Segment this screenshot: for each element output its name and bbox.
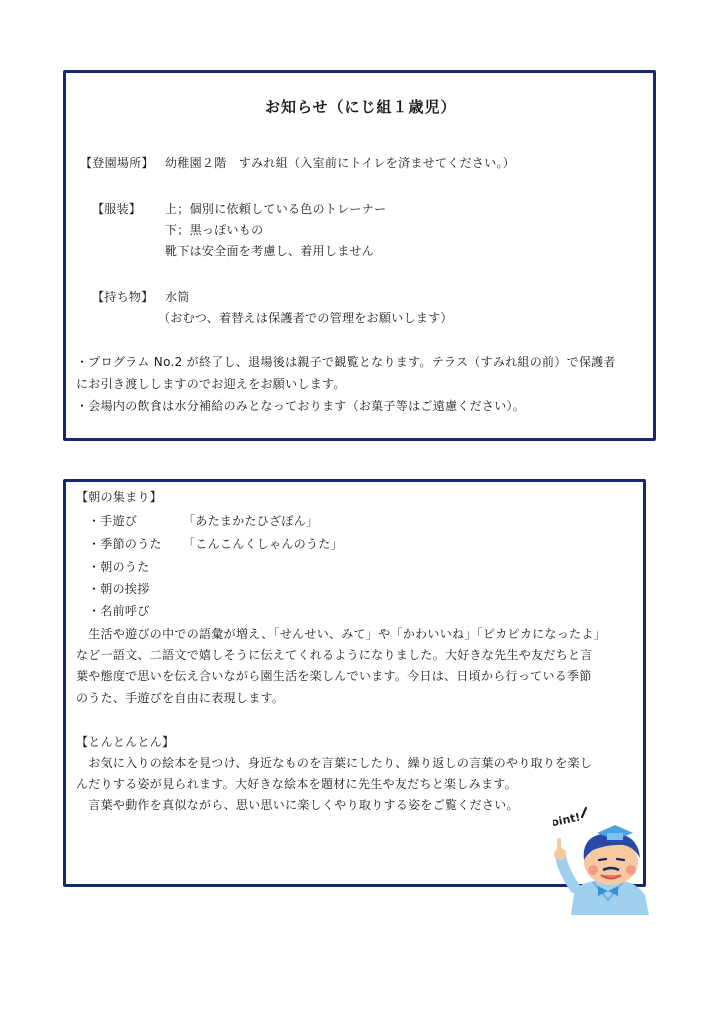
teacher-character-icon: Point! <box>553 800 663 915</box>
belongings-label: 【持ち物】 <box>92 290 154 304</box>
morning-item-label: ・朝の挨拶 <box>88 582 150 596</box>
morning-heading: 【朝の集まり】 <box>76 490 162 504</box>
teacher-point-illustration: Point! <box>553 800 663 915</box>
tonton-paragraph-line: んだりする姿が見られます。大好きな絵本を題材に先生や友だちと楽しみます。 <box>76 777 517 791</box>
morning-item-value: 「あたまかたひざぽん」 <box>183 514 318 528</box>
morning-item-label: ・朝のうた <box>88 560 150 574</box>
notice-title: お知らせ（にじ組１歳児） <box>265 100 457 114</box>
clothing-line: 下；黒っぽいもの <box>165 223 263 237</box>
place-label: 【登園場所】 <box>80 156 154 170</box>
morning-item-label: ・季節のうた <box>88 537 162 551</box>
morning-paragraph-line: 葉や態度で思いを伝え合いながら園生活を楽しんでいます。今日は、日頃から行っている… <box>76 669 592 683</box>
morning-item-value: 「こんこんくしゃんのうた」 <box>183 537 343 551</box>
morning-paragraph-line: など一語文、二語文で嬉しそうに伝えてくれるようになりました。大好きな先生や友だち… <box>76 648 593 662</box>
note-line: にお引き渡ししますのでお迎えをお願いします。 <box>76 377 346 391</box>
clothing-label: 【服装】 <box>92 202 141 216</box>
tonton-paragraph-line: お気に入りの絵本を見つけ、身近なものを言葉にしたり、繰り返しの言葉のやり取りを楽… <box>76 756 592 770</box>
note-line: ・プログラム No.2 が終了し、退場後は親子で観覧となります。テラス（すみれ組… <box>76 355 616 369</box>
morning-item-label: ・名前呼び <box>88 604 150 618</box>
belongings-value: 水筒 <box>165 290 190 304</box>
place-value: 幼稚園２階 すみれ組（入室前にトイレを済ませてください。） <box>165 156 515 170</box>
morning-item-label: ・手遊び <box>88 514 137 528</box>
point-label: Point! <box>553 810 582 831</box>
tonton-heading: 【とんとんとん】 <box>76 735 174 749</box>
tonton-paragraph-line: 言葉や動作を真似ながら、思い思いに楽しくやり取りする姿をご覧ください。 <box>76 798 519 812</box>
clothing-line: 靴下は安全面を考慮し、着用しません <box>165 244 374 258</box>
clothing-line: 上；個別に依頼している色のトレーナー <box>165 202 386 216</box>
morning-paragraph-line: のうた、手遊びを自由に表現します。 <box>76 691 284 705</box>
note-line: ・会場内の飲食は水分補給のみとなっております（お菓子等はご遠慮ください）。 <box>76 399 525 413</box>
belongings-note: （おむつ、着替えは保護者での管理をお願いします） <box>158 311 453 325</box>
morning-paragraph-line: 生活や遊びの中での語彙が増え、「せんせい、みて」や「かわいいね」「ピカピカになっ… <box>76 627 606 641</box>
